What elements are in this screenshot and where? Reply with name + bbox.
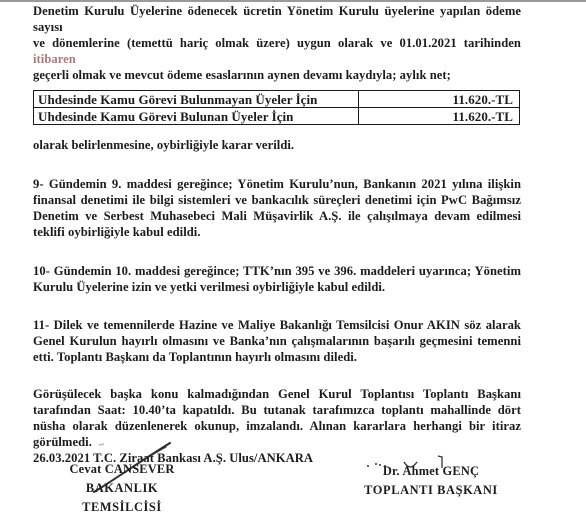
signature-block-left: Cevat CANSEVER BAKANLIK TEMSİLCİSİ <box>52 460 192 517</box>
row-amount: 11.620.-TL <box>359 108 520 125</box>
row-label: Uhdesinde Kamu Görevi Bulunan Üyeler İçi… <box>34 108 359 125</box>
agenda-item-11: 11- Dilek ve temennilerde Hazine ve Mali… <box>33 317 521 365</box>
agenda-item-10: 10- Gündemin 10. maddesi gereğince; TTK’… <box>33 263 521 295</box>
closing-paragraph: Görüşülecek başka konu kalmadığından Gen… <box>33 386 521 466</box>
table-row: Uhdesinde Kamu Görevi Bulunmayan Üyeler … <box>34 91 520 108</box>
table-row: Uhdesinde Kamu Görevi Bulunan Üyeler İçi… <box>34 108 520 125</box>
payment-table: Uhdesinde Kamu Görevi Bulunmayan Üyeler … <box>33 90 520 125</box>
signatory-name-right: Dr. Ahmet GENÇ <box>356 462 506 481</box>
meeting-minutes-page: Denetim Kurulu Üyelerine ödenecek ücreti… <box>33 3 521 466</box>
after-table-text: olarak belirlenmesine, oybirliğiyle kara… <box>33 137 521 153</box>
intro-line-3: geçerli olmak ve mevcut ödeme esaslarını… <box>33 68 451 82</box>
intro-line-1: Denetim Kurulu Üyelerine ödenecek ücreti… <box>33 4 521 34</box>
signatory-title-right: TOPLANTI BAŞKANI <box>356 481 506 500</box>
intro-line-2: ve dönemlerine (temettü hariç olmak üzer… <box>33 36 521 50</box>
signature-block-right: Dr. Ahmet GENÇ TOPLANTI BAŞKANI <box>356 462 506 500</box>
row-amount: 11.620.-TL <box>359 91 520 108</box>
agenda-item-9: 9- Gündemin 9. maddesi gereğince; Yöneti… <box>33 176 521 240</box>
signatory-name-left: Cevat CANSEVER <box>52 460 192 479</box>
row-label: Uhdesinde Kamu Görevi Bulunmayan Üyeler … <box>34 91 359 108</box>
intro-line-2-itibaren: itibaren <box>33 52 76 66</box>
signatory-title-left: BAKANLIK TEMSİLCİSİ <box>52 479 192 517</box>
intro-paragraph: Denetim Kurulu Üyelerine ödenecek ücreti… <box>33 3 521 83</box>
page-top-edge <box>0 0 586 2</box>
closing-text: Görüşülecek başka konu kalmadığından Gen… <box>33 387 521 449</box>
